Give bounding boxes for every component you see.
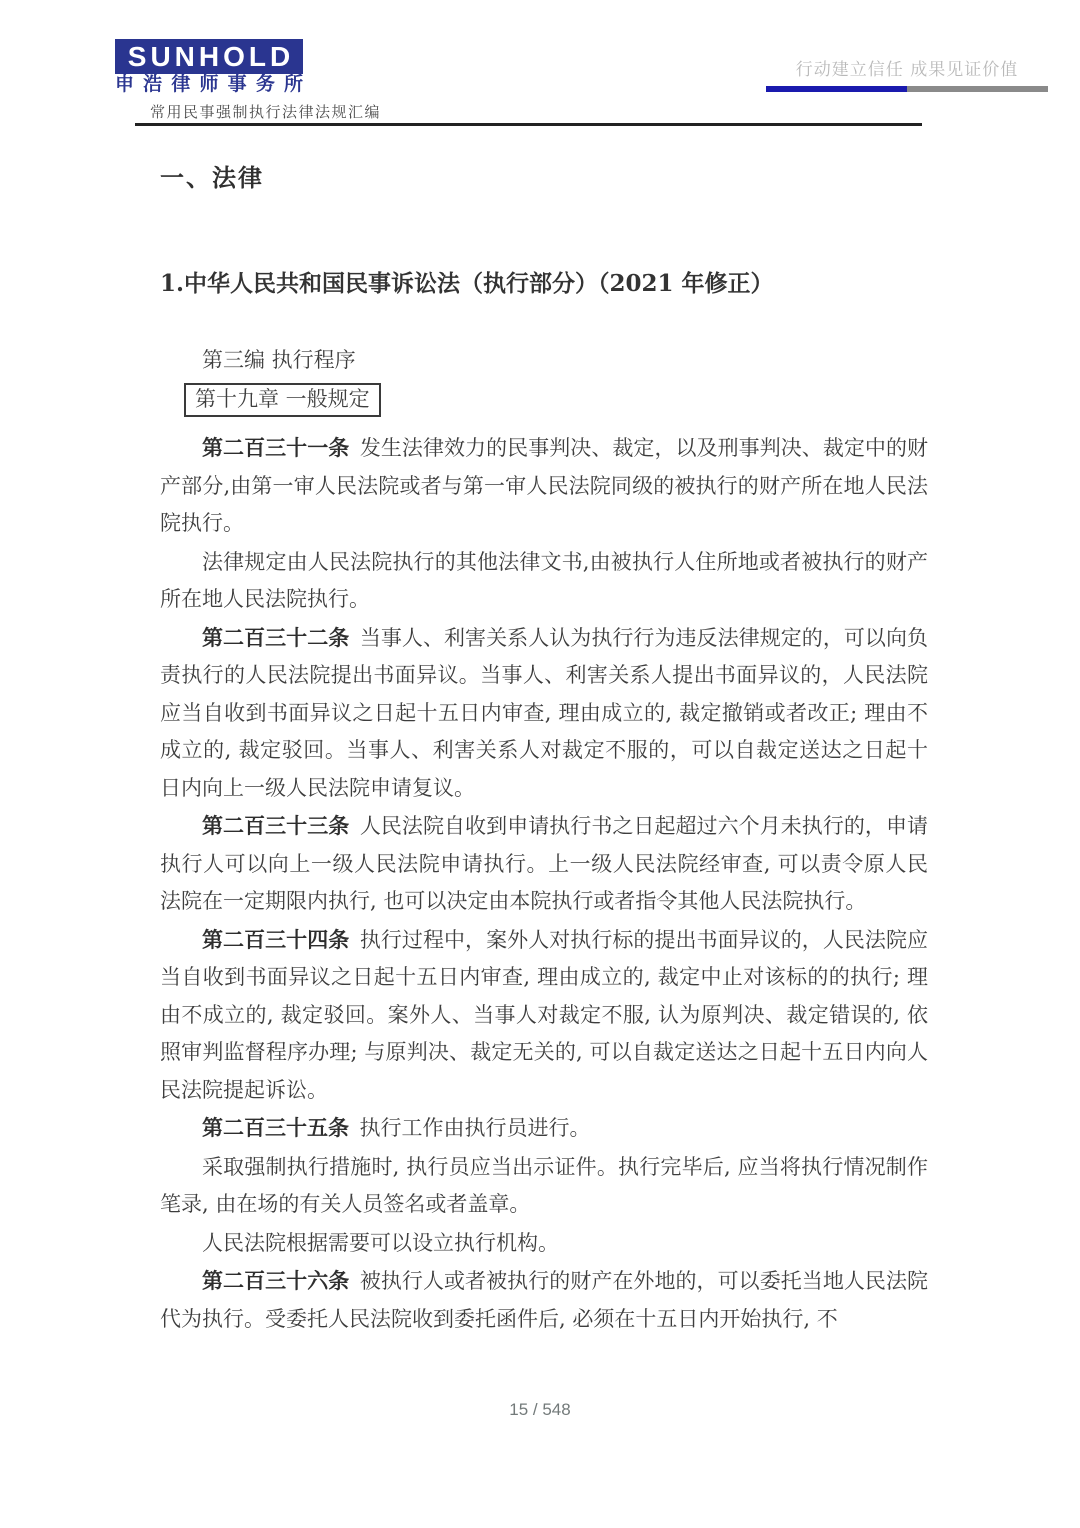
article-number: 第二百三十五条 bbox=[202, 1115, 349, 1140]
law-paragraph: 第二百三十五条执行工作由执行员进行。 bbox=[160, 1109, 928, 1148]
articles-block: 第二百三十一条发生法律效力的民事判决、裁定，以及刑事判决、裁定中的财产部分,由第… bbox=[160, 429, 928, 1338]
law-paragraph: 人民法院根据需要可以设立执行机构。 bbox=[160, 1224, 928, 1263]
article-number: 第二百三十三条 bbox=[202, 813, 349, 838]
document-page: SUNHOLD 申浩律师事务所 常用民事强制执行法律法规汇编 行动建立信任 成果… bbox=[0, 0, 1080, 1528]
article-number: 第二百三十二条 bbox=[202, 625, 349, 650]
page-footer: 15 / 548 bbox=[0, 1400, 1080, 1420]
section-heading: 一、法律 bbox=[160, 163, 928, 193]
article-text: 人民法院根据需要可以设立执行机构。 bbox=[202, 1231, 559, 1255]
law-paragraph: 第二百三十六条被执行人或者被执行的财产在外地的，可以委托当地人民法院代为执行。受… bbox=[160, 1262, 928, 1338]
article-number: 第二百三十六条 bbox=[202, 1268, 349, 1293]
law-paragraph: 法律规定由人民法院执行的其他法律文书,由被执行人住所地或者被执行的财产所在地人民… bbox=[160, 543, 928, 619]
law-title: 1.中华人民共和国民事诉讼法（执行部分）（2021 年修正） bbox=[160, 269, 928, 299]
part-heading: 第三编 执行程序 bbox=[202, 347, 928, 373]
article-text: 当事人、利害关系人认为执行行为违反法律规定的，可以向负责执行的人民法院提出书面异… bbox=[160, 626, 928, 800]
article-text: 法律规定由人民法院执行的其他法律文书,由被执行人住所地或者被执行的财产所在地人民… bbox=[160, 550, 928, 612]
article-number: 第二百三十一条 bbox=[202, 435, 349, 460]
page-number: 15 / 548 bbox=[509, 1400, 570, 1419]
law-paragraph: 第二百三十二条当事人、利害关系人认为执行行为违反法律规定的，可以向负责执行的人民… bbox=[160, 619, 928, 808]
article-text: 采取强制执行措施时, 执行员应当出示证件。执行完毕后, 应当将执行情况制作笔录,… bbox=[160, 1155, 928, 1217]
law-paragraph: 第二百三十一条发生法律效力的民事判决、裁定，以及刑事判决、裁定中的财产部分,由第… bbox=[160, 429, 928, 543]
document-body: 一、法律 1.中华人民共和国民事诉讼法（执行部分）（2021 年修正） 第三编 … bbox=[160, 0, 928, 1338]
chapter-heading-box: 第十九章 一般规定 bbox=[184, 383, 381, 417]
law-paragraph: 第二百三十三条人民法院自收到申请执行书之日起超过六个月未执行的，申请执行人可以向… bbox=[160, 807, 928, 921]
law-paragraph: 采取强制执行措施时, 执行员应当出示证件。执行完毕后, 应当将执行情况制作笔录,… bbox=[160, 1148, 928, 1224]
article-text: 执行过程中，案外人对执行标的提出书面异议的，人民法院应当自收到书面异议之日起十五… bbox=[160, 928, 928, 1102]
law-paragraph: 第二百三十四条执行过程中，案外人对执行标的提出书面异议的，人民法院应当自收到书面… bbox=[160, 921, 928, 1110]
article-text: 执行工作由执行员进行。 bbox=[360, 1116, 591, 1140]
article-number: 第二百三十四条 bbox=[202, 927, 349, 952]
chapter-heading-row: 第十九章 一般规定 bbox=[184, 383, 928, 417]
slogan-bar-gray-segment bbox=[907, 86, 1048, 92]
